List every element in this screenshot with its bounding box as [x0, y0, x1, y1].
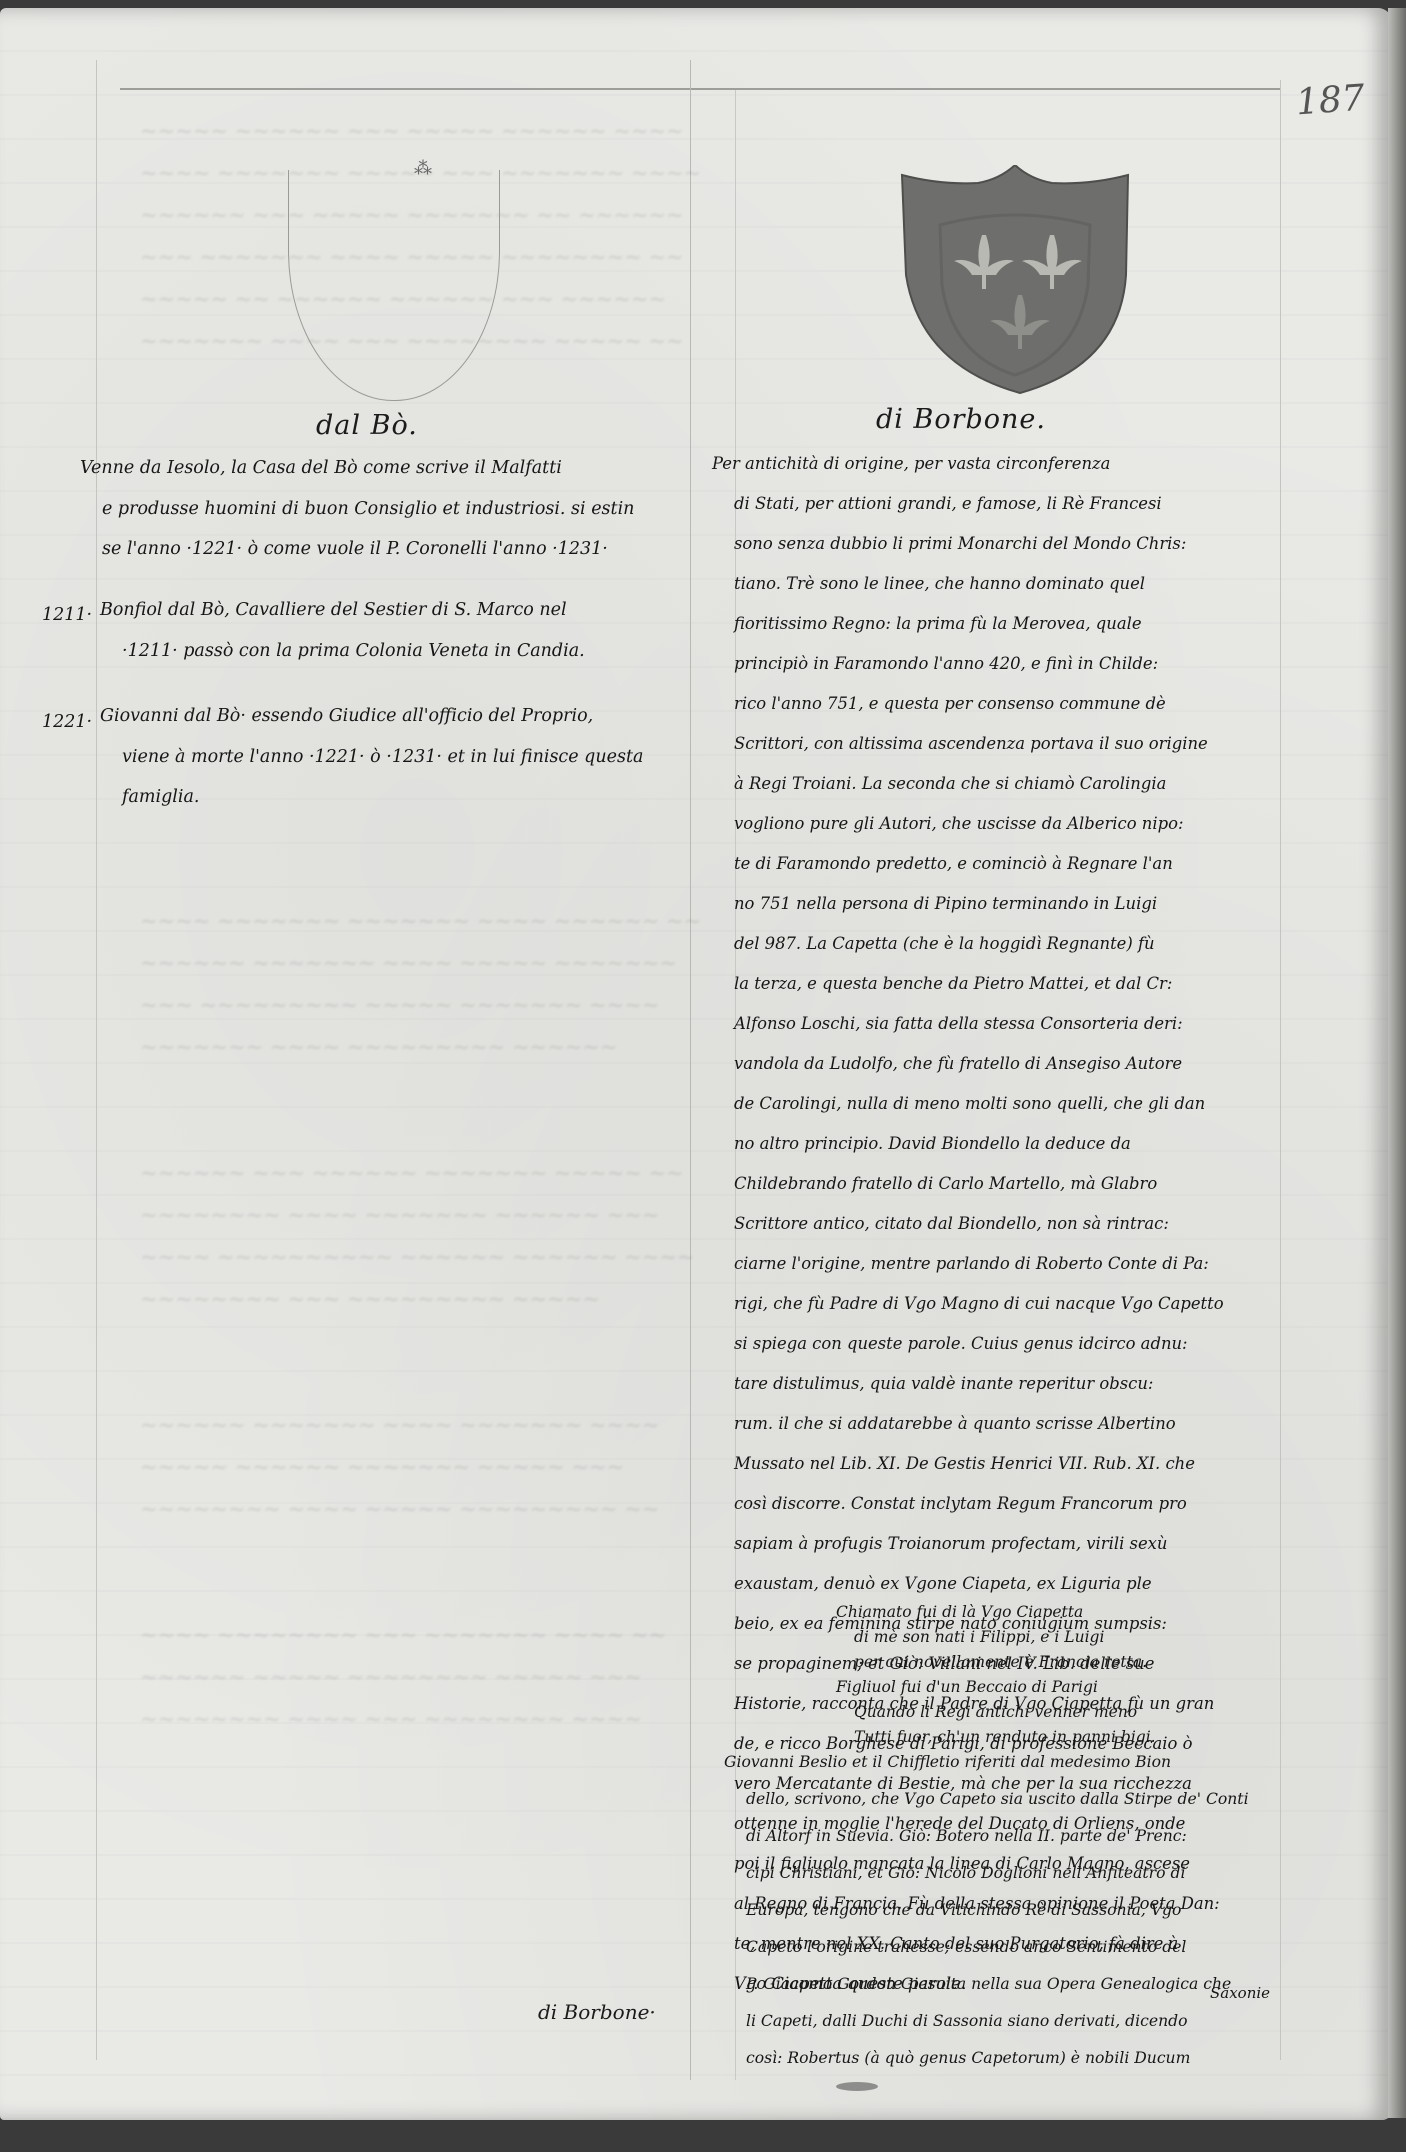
dante-verse-quotation: Chiamato fui di là Vgo Ciapetta di mè so… [836, 1600, 1156, 1750]
entry-bonfiol: Bonfiol dal Bò, Cavalliere del Sestier d… [100, 590, 585, 671]
entry-giovanni: Giovanni dal Bò· essendo Giudice all'off… [100, 696, 643, 818]
ink-blot [836, 2082, 878, 2091]
column-divider-line [690, 60, 691, 2080]
bourbon-coat-of-arms [900, 165, 1130, 395]
borbone-closing-text: Giovanni Beslio et il Chiffletio riferit… [724, 1744, 1249, 2077]
entry-year: 1211· [42, 605, 92, 625]
family-heading-dal-bo: dal Bò. [316, 410, 418, 441]
right-margin-line [1280, 80, 1281, 2060]
entry-year: 1221· [42, 712, 92, 732]
closing-tail-word: Saxonie [1210, 1984, 1270, 2002]
top-ruled-line [120, 88, 1280, 90]
folio-number: 187 [1295, 78, 1366, 124]
catchword: di Borbone· [538, 2000, 656, 2024]
left-margin-line [96, 60, 97, 2060]
dal-bo-intro: Venne da Iesolo, la Casa del Bò come scr… [80, 448, 634, 570]
page-edge-shadow [1388, 8, 1406, 2118]
family-heading-di-borbone: di Borbone. [876, 404, 1046, 435]
